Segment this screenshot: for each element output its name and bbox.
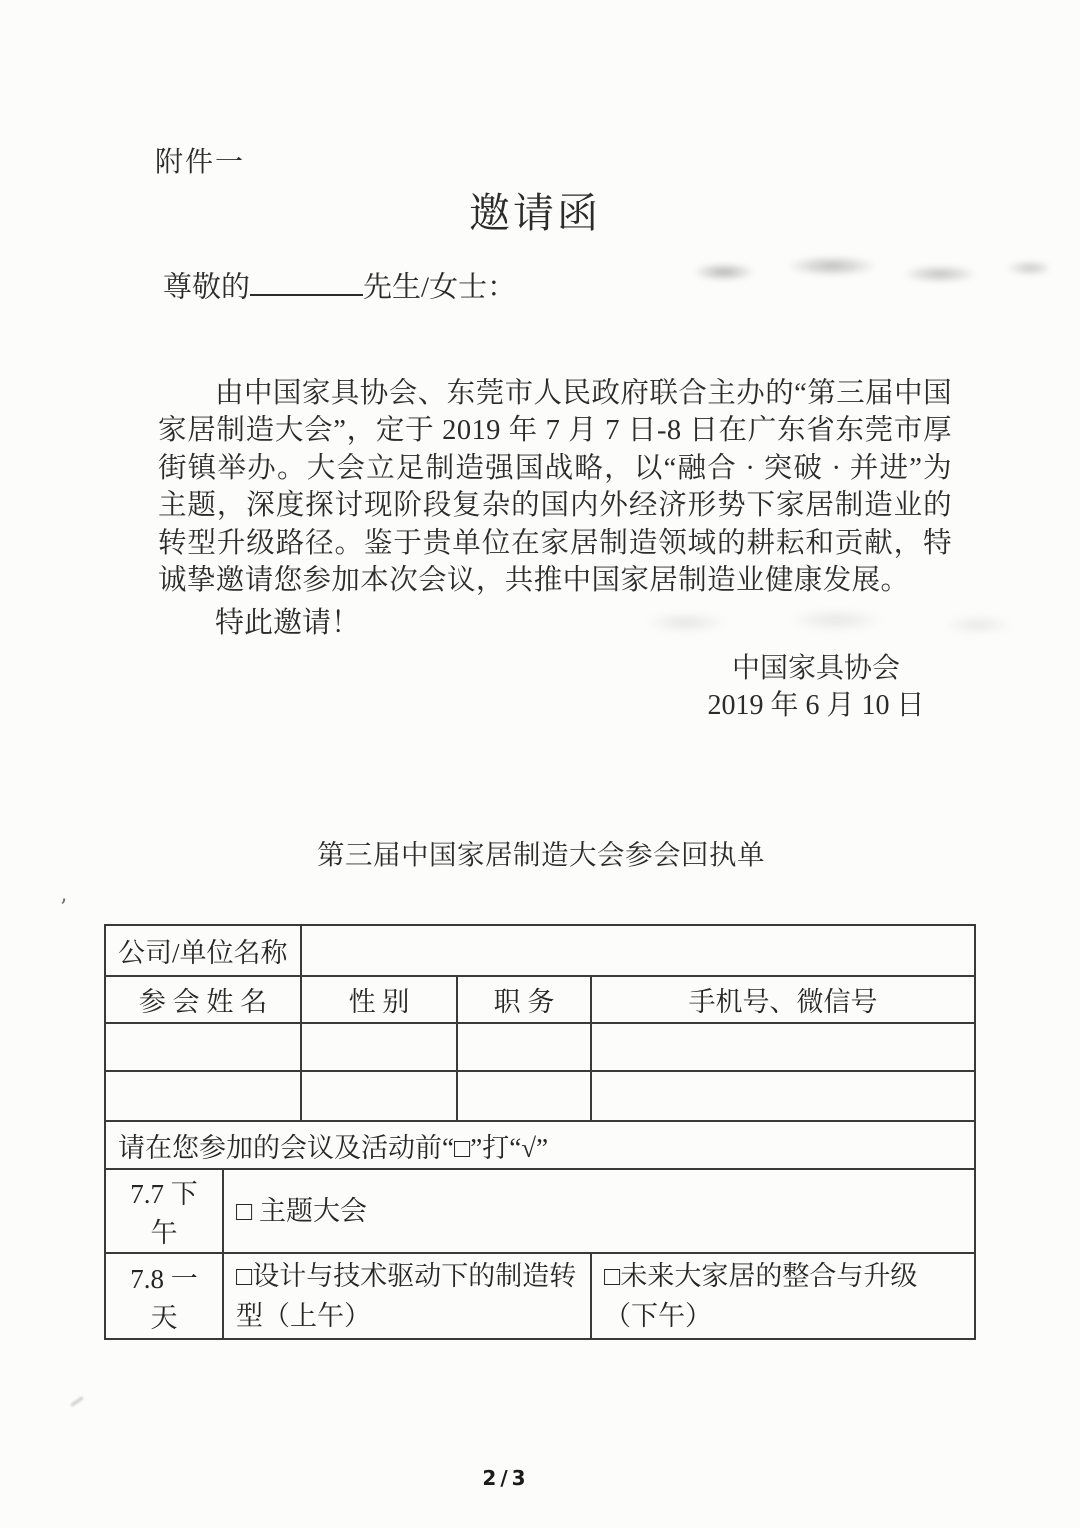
- salutation-line: 尊敬的先生/女士：: [163, 264, 516, 305]
- scan-smudge-artifact: [600, 600, 1030, 645]
- recipient-name-blank-field: [250, 264, 363, 296]
- position-input-cell: [457, 1071, 591, 1121]
- signature-block: 中国家具协会 2019 年 6 月 10 日: [640, 650, 992, 724]
- schedule-date-label: 7.7 下午: [105, 1169, 223, 1253]
- scanned-invitation-page: 附件一 邀请函 ’ 尊敬的先生/女士： 由中国家具协会、东莞市人民政府联合主办的…: [0, 0, 1080, 1528]
- schedule-date-label: 7.8 一天: [105, 1253, 223, 1339]
- page-title: 邀请函: [0, 180, 1070, 239]
- gender-input-cell: [301, 1023, 457, 1071]
- company-name-input-cell: [301, 925, 975, 976]
- checkbox-instruction: 请在您参加的会议及活动前“□”打“√”: [105, 1121, 975, 1169]
- phone-wechat-input-cell: [591, 1023, 975, 1071]
- header-row: 参 会 姓 名 性 别 职 务 手机号、微信号: [105, 976, 975, 1023]
- scan-smudge-artifact: [688, 250, 1048, 290]
- session-checkbox-cell: □设计与技术驱动下的制造转型（上午）: [223, 1253, 591, 1339]
- schedule-row-77: 7.7 下午 □ 主题大会: [105, 1169, 975, 1253]
- header-attendee-name: 参 会 姓 名: [105, 976, 301, 1023]
- attendee-name-input-cell: [105, 1071, 301, 1121]
- closing-line: 特此邀请！: [158, 600, 658, 641]
- header-position: 职 务: [457, 976, 591, 1023]
- company-name-label: 公司/单位名称: [105, 925, 301, 976]
- company-name-row: 公司/单位名称: [105, 925, 975, 976]
- attendee-input-row: [105, 1023, 975, 1071]
- session-checkbox-cell: □未来大家居的整合与升级（下午）: [591, 1253, 975, 1339]
- schedule-row-78: 7.8 一天 □设计与技术驱动下的制造转型（上午） □未来大家居的整合与升级（下…: [105, 1253, 975, 1339]
- salutation-prefix: 尊敬的: [163, 271, 250, 303]
- signature-organization: 中国家具协会: [640, 650, 992, 687]
- instruction-row: 请在您参加的会议及活动前“□”打“√”: [105, 1121, 975, 1169]
- gender-input-cell: [301, 1071, 457, 1121]
- attachment-label: 附件一: [155, 140, 245, 180]
- reply-form-table: 公司/单位名称 参 会 姓 名 性 别 职 务 手机号、微信号 请在您参加的会议…: [104, 924, 976, 1340]
- page-number: 2/3: [0, 1466, 1012, 1490]
- attendee-name-input-cell: [105, 1023, 301, 1071]
- scan-scratch-artifact: [70, 1396, 83, 1406]
- attendee-input-row: [105, 1071, 975, 1121]
- salutation-suffix: 先生/女士：: [363, 271, 516, 303]
- body-paragraph: 由中国家具协会、东莞市人民政府联合主办的“第三届中国家居制造大会”，定于 201…: [158, 375, 952, 601]
- session-checkbox-cell: □ 主题大会: [223, 1169, 975, 1253]
- header-phone-wechat: 手机号、微信号: [591, 976, 975, 1023]
- signature-date: 2019 年 6 月 10 日: [640, 687, 992, 724]
- header-gender: 性 别: [301, 976, 457, 1023]
- scan-tick-artifact: ’: [60, 896, 67, 921]
- reply-form-title: 第三届中国家居制造大会参会回执单: [0, 832, 1080, 872]
- phone-wechat-input-cell: [591, 1071, 975, 1121]
- position-input-cell: [457, 1023, 591, 1071]
